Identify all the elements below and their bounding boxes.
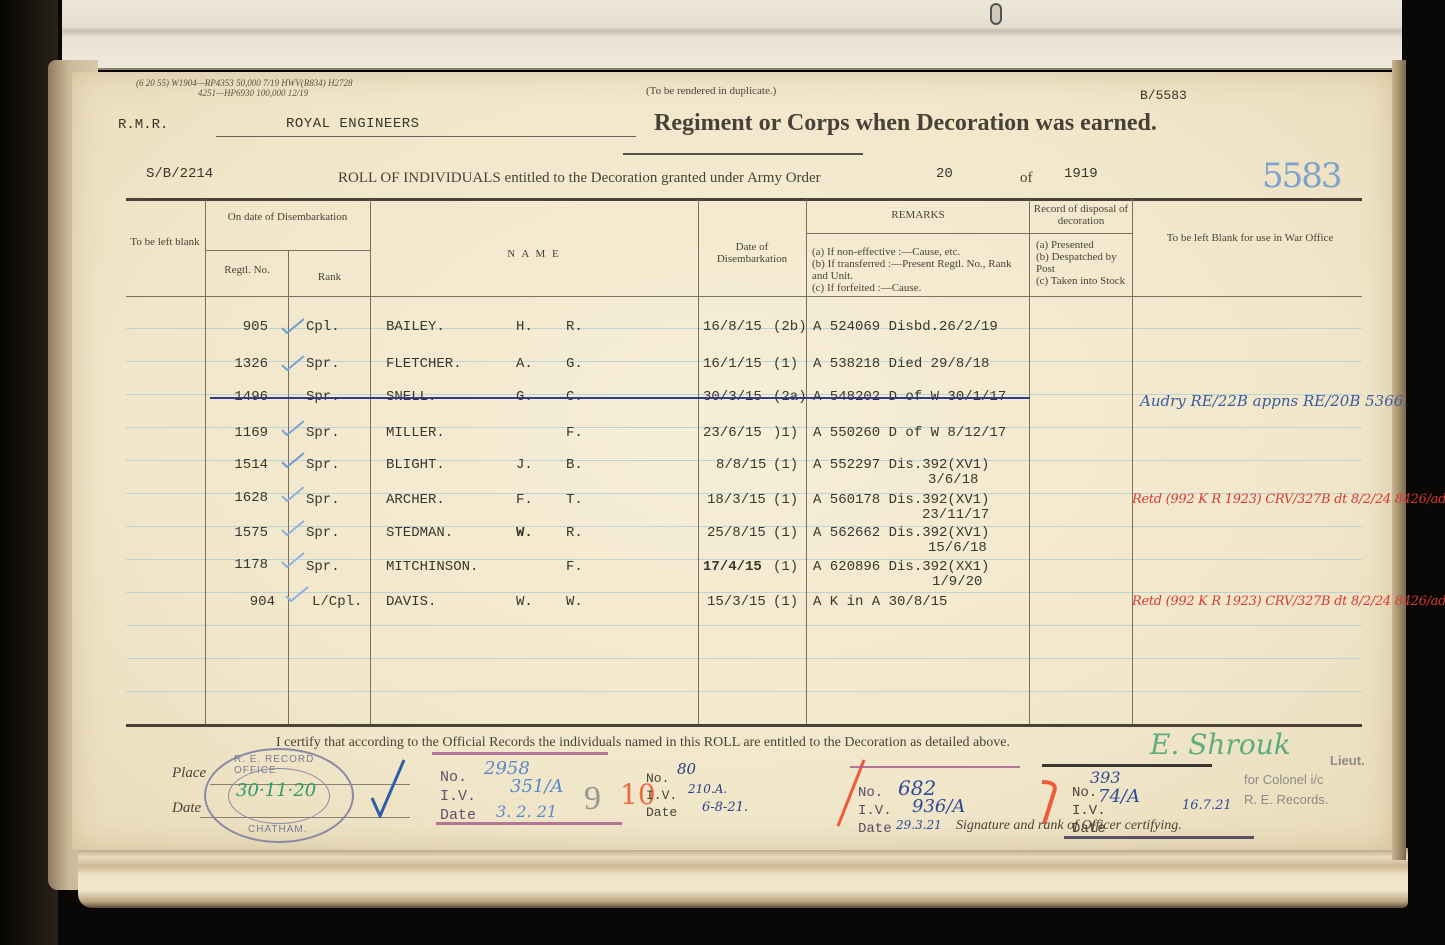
- disembark-date: 15/3/15: [707, 594, 766, 610]
- rank: Spr.: [306, 457, 340, 473]
- header-disposal-b: (b) Despatched by Post: [1036, 251, 1130, 275]
- surname: MITCHINSON.: [386, 559, 478, 575]
- initial-2: G.: [566, 356, 583, 372]
- theatre-code: (1): [773, 492, 798, 508]
- regtl-no: 1514: [210, 457, 268, 473]
- header-remarks: REMARKS: [808, 209, 1028, 221]
- theatre-code: (2b): [773, 319, 807, 335]
- initial-1: J.: [516, 457, 533, 473]
- iv-number: 80: [677, 760, 696, 778]
- officer-re-records: R. E. Records.: [1244, 792, 1329, 807]
- disembark-date: 16/1/15: [703, 356, 762, 372]
- regtl-no: 904: [210, 594, 275, 610]
- remarks-date: 23/11/17: [922, 507, 989, 523]
- iv-date: 6-8-21.: [702, 800, 748, 815]
- remarks: A 620896 Dis.392(XX1): [813, 559, 989, 575]
- initial-1: W.: [516, 525, 533, 541]
- initial-2: F.: [566, 559, 583, 575]
- iv-number: 393: [1090, 768, 1121, 787]
- rank: Spr.: [306, 525, 340, 541]
- underline-mark: [432, 752, 608, 755]
- unit-name: ROYAL ENGINEERS: [286, 116, 420, 132]
- rank: Cpl.: [306, 319, 340, 335]
- date-label: Date: [172, 800, 201, 817]
- iv-no-label: No.: [858, 784, 892, 802]
- theatre-code: (1): [773, 594, 798, 610]
- remarks: A K in A 30/8/15: [813, 594, 947, 610]
- remarks: A 550260 D of W 8/12/17: [813, 425, 1006, 441]
- check-mark-icon: [284, 586, 310, 602]
- war-office-note: Audry RE/22B appns RE/20B 5366.: [1140, 392, 1408, 410]
- place-label: Place: [172, 765, 206, 782]
- signature-label: Signature and rank of Officer certifying…: [956, 818, 1182, 834]
- check-mark-icon: [280, 520, 306, 536]
- regtl-no: 905: [210, 319, 268, 335]
- binder-clip: [990, 3, 1002, 25]
- remarks-date: 1/9/20: [932, 574, 982, 590]
- initial-2: T.: [566, 492, 583, 508]
- theatre-code: (1): [773, 559, 798, 575]
- handwritten-reference: 5583: [1262, 156, 1341, 196]
- check-mark-icon: [280, 486, 306, 502]
- theatre-code: (1): [773, 457, 798, 473]
- underline-mark: [850, 766, 1020, 768]
- iv-reference: 936/A: [912, 796, 965, 817]
- iv-reference: 210.A.: [688, 782, 727, 796]
- issue-voucher-1: No. I.V. Date: [440, 768, 476, 825]
- theatre-code: (1): [773, 525, 798, 541]
- header-remarks-c: (c) If forfeited :—Cause.: [812, 282, 921, 294]
- disembark-date: 16/8/15: [703, 319, 762, 335]
- iv-reference: 351/A: [510, 776, 563, 797]
- regtl-no: 1178: [210, 557, 268, 573]
- header-remarks-b: (b) If transferred :—Present Regtl. No.,…: [812, 258, 1027, 282]
- underline-mark: [436, 822, 622, 825]
- surname: DAVIS.: [386, 594, 436, 610]
- rank: Spr.: [306, 356, 340, 372]
- header-regtl-no: Regtl. No.: [212, 264, 282, 276]
- roll-title: ROLL OF INDIVIDUALS entitled to the Deco…: [338, 170, 821, 187]
- officer-signature: E. Shrouk: [1150, 728, 1291, 761]
- officer-rank: Lieut.: [1330, 753, 1365, 768]
- remarks: A 560178 Dis.392(XV1): [813, 492, 989, 508]
- header-remarks-a: (a) If non-effective :—Cause, etc.: [812, 246, 960, 258]
- rank: Spr.: [306, 492, 340, 508]
- header-left-blank: To be left blank: [130, 236, 200, 248]
- check-mark-icon: [280, 355, 306, 371]
- duplicate-note: (To be rendered in duplicate.): [646, 85, 776, 97]
- stacked-page-edges: [78, 848, 1408, 908]
- issue-voucher-3: No. I.V. Date: [858, 784, 892, 838]
- surname: ARCHER.: [386, 492, 445, 508]
- iv-no-label: No.: [440, 768, 476, 787]
- check-mark-icon: [280, 318, 306, 334]
- initial-1: A.: [516, 356, 533, 372]
- folded-top-leaf: [62, 0, 1402, 70]
- initial-2: W.: [566, 594, 583, 610]
- remarks-date: 3/6/18: [928, 472, 978, 488]
- remarks: A 562662 Dis.392(XV1): [813, 525, 989, 541]
- initial-1: F.: [516, 492, 533, 508]
- surname: MILLER.: [386, 425, 445, 441]
- underline-mark: [1042, 764, 1212, 767]
- regtl-no: 1575: [210, 525, 268, 541]
- iv-reference: 74/A: [1098, 786, 1140, 807]
- check-mark-icon: [280, 452, 306, 468]
- of-label: of: [1020, 170, 1033, 187]
- file-reference: B/5583: [1140, 88, 1187, 103]
- header-disposal-c: (c) Taken into Stock: [1036, 275, 1130, 287]
- surname: FLETCHER.: [386, 356, 462, 372]
- iv-date: 29.3.21: [896, 818, 942, 832]
- header-war-office: To be left Blank for use in War Office: [1140, 232, 1360, 244]
- remarks-date: 15/6/18: [928, 540, 987, 556]
- print-code-line2: 4251—HP6930 100,000 12/19: [198, 88, 308, 99]
- regtl-no: 1169: [210, 425, 268, 441]
- disembark-date: 17/4/15: [703, 559, 762, 575]
- strikethrough-line: [210, 397, 1030, 399]
- disembark-date: 25/8/15: [707, 525, 766, 541]
- check-mark-icon: [280, 552, 306, 568]
- issue-voucher-2: No. I.V. Date: [646, 770, 677, 821]
- regtl-no: 1628: [210, 490, 268, 506]
- stamp-top-text: R. E. RECORD OFFICE: [234, 754, 352, 776]
- iv-date-label: Date: [646, 804, 677, 821]
- initial-2: F.: [566, 425, 583, 441]
- header-name: N A M E: [372, 248, 696, 260]
- remarks: A 524069 Disbd.26/2/19: [813, 319, 998, 335]
- initial-1: W.: [516, 594, 533, 610]
- iv-date-label: Date: [858, 820, 892, 838]
- roll-reference: S/B/2214: [146, 166, 213, 182]
- regiment-heading: Regiment or Corps when Decoration was ea…: [654, 110, 1157, 137]
- initial-2: R.: [566, 319, 583, 335]
- iv-mark: 9: [584, 780, 601, 818]
- initial-1: H.: [516, 319, 533, 335]
- surname: STEDMAN.: [386, 525, 453, 541]
- regtl-no: 1326: [210, 356, 268, 372]
- header-disposal: Record of disposal of decoration: [1032, 203, 1130, 227]
- theatre-code: (1): [773, 356, 798, 372]
- initial-2: R.: [566, 525, 583, 541]
- record-office-stamp: R. E. RECORD OFFICE CHATHAM. 30·11·20: [204, 748, 354, 843]
- header-disposal-a: (a) Presented: [1036, 239, 1130, 251]
- roll-title-rest: entitled to the Decoration granted under…: [505, 170, 821, 186]
- war-office-note: Retd (992 K R 1923) CRV/327B dt 8/2/24 8…: [1132, 492, 1445, 507]
- iv-date: 3. 2. 21: [496, 802, 557, 821]
- header-date-disembarkation: Date of Disembarkation: [702, 241, 802, 265]
- disembark-date: 23/6/15: [703, 425, 762, 441]
- remarks: A 538218 Died 29/8/18: [813, 356, 989, 372]
- rank: Spr.: [306, 559, 340, 575]
- remarks: A 552297 Dis.392(XV1): [813, 457, 989, 473]
- stamp-bottom-text: CHATHAM.: [248, 824, 307, 835]
- disembark-date: 18/3/15: [707, 492, 766, 508]
- check-mark-icon: [368, 758, 408, 818]
- army-order-year: 1919: [1064, 166, 1098, 182]
- certification-text: I certify that according to the Official…: [276, 735, 1010, 751]
- iv-iv-label: I.V.: [858, 802, 892, 820]
- iv-iv-label: I.V.: [646, 787, 677, 804]
- iv-date: 16.7.21: [1182, 798, 1232, 813]
- disembark-date: 8/8/15: [716, 457, 766, 473]
- check-mark-icon: [280, 420, 306, 436]
- army-order-number: 20: [936, 166, 953, 182]
- war-office-note: Retd (992 K R 1923) CRV/327B dt 8/2/24 8…: [1132, 594, 1445, 609]
- rank: L/Cpl.: [312, 594, 362, 610]
- roll-title-caps: ROLL OF INDIVIDUALS: [338, 170, 501, 186]
- header-rank: Rank: [292, 271, 367, 283]
- officer-for-colonel: for Colonel i/c: [1244, 772, 1323, 787]
- iv-iv-label: I.V.: [440, 787, 476, 806]
- surname: BLIGHT.: [386, 457, 445, 473]
- surname: BAILEY.: [386, 319, 445, 335]
- iv-no-label: No.: [646, 770, 677, 787]
- page-edge-right: [1392, 60, 1406, 860]
- header-on-date-disembarkation: On date of Disembarkation: [215, 211, 360, 223]
- stamp-date: 30·11·20: [236, 780, 316, 801]
- rmr-label: R.M.R.: [118, 117, 168, 133]
- initial-2: B.: [566, 457, 583, 473]
- theatre-code: )1): [773, 425, 798, 441]
- rank: Spr.: [306, 425, 340, 441]
- underline-mark: [1064, 836, 1254, 839]
